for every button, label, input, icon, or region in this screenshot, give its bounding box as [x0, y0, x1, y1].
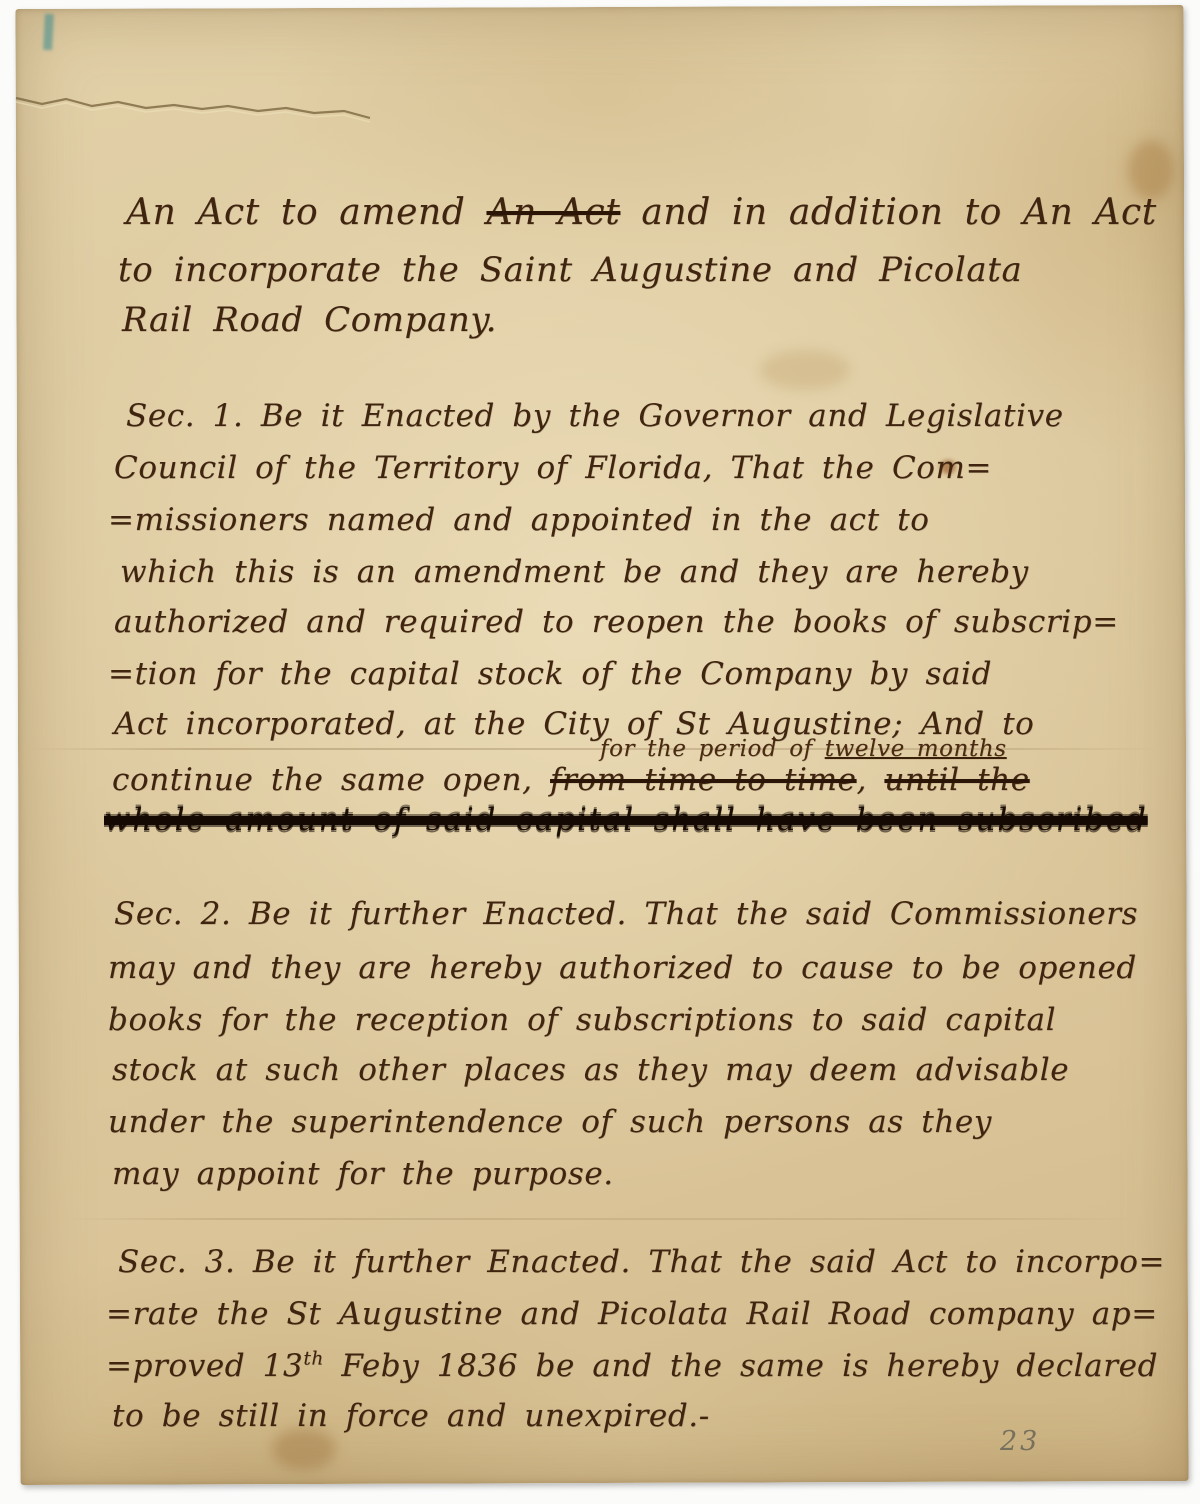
manuscript-line: may appoint for the purpose. — [112, 1156, 614, 1192]
manuscript-line: books for the reception of subscriptions… — [108, 1002, 1056, 1038]
manuscript-line: =missioners named and appointed in the a… — [108, 502, 929, 538]
manuscript-text-layer: An Act to amend An Act and in addition t… — [0, 0, 1200, 1504]
text-segment: , — [857, 762, 885, 798]
manuscript-line: to be still in force and unexpired.- — [112, 1398, 710, 1434]
text-segment: continue the same open, — [112, 762, 550, 798]
text-segment: authorized and required to reopen the bo… — [114, 604, 1119, 640]
text-segment: Council of the Territory of Florida, Tha… — [114, 450, 992, 486]
manuscript-line-deleted: whole amount of said capital shall have … — [104, 802, 1148, 838]
text-segment-struck: whole amount of said capital shall have … — [104, 802, 1148, 838]
text-segment: may appoint for the purpose. — [112, 1156, 614, 1192]
text-segment: =rate the St Augustine and Picolata Rail… — [106, 1296, 1158, 1332]
text-segment: to be still in force and unexpired.- — [112, 1398, 710, 1434]
text-segment: Sec. 2. Be it further Enacted. That the … — [114, 896, 1138, 932]
manuscript-line: stock at such other places as they may d… — [112, 1052, 1069, 1088]
manuscript-line: may and they are hereby authorized to ca… — [108, 950, 1137, 986]
text-segment: to incorporate the Saint Augustine and P… — [118, 250, 1022, 290]
manuscript-line: which this is an amendment be and they a… — [120, 554, 1029, 590]
manuscript-line: under the superintendence of such person… — [108, 1104, 992, 1140]
text-segment: may and they are hereby authorized to ca… — [108, 950, 1137, 986]
interlined-insertion: for the period of twelve months — [600, 736, 1007, 762]
text-segment: Sec. 1. Be it Enacted by the Governor an… — [126, 398, 1064, 434]
manuscript-line: continue the same open, from time to tim… — [112, 762, 1030, 798]
title-line: An Act to amend An Act and in addition t… — [126, 192, 1157, 233]
text-segment: Feby 1836 be and the same is hereby decl… — [324, 1348, 1158, 1384]
manuscript-line: Sec. 3. Be it further Enacted. That the … — [118, 1244, 1165, 1280]
title-line: Rail Road Company. — [122, 300, 497, 340]
manuscript-line: =proved 13th Feby 1836 be and the same i… — [106, 1348, 1158, 1384]
manuscript-line: Sec. 1. Be it Enacted by the Governor an… — [126, 398, 1064, 434]
text-segment: books for the reception of subscriptions… — [108, 1002, 1056, 1038]
text-segment: =tion for the capital stock of the Compa… — [108, 656, 992, 692]
text-segment-struck: until the — [884, 762, 1029, 798]
text-segment: =proved 13 — [106, 1348, 303, 1384]
text-segment: =missioners named and appointed in the a… — [108, 502, 929, 538]
text-segment: An Act to amend — [126, 192, 486, 233]
page-number: 23 — [1000, 1426, 1040, 1457]
text-segment: stock at such other places as they may d… — [112, 1052, 1069, 1088]
title-line: to incorporate the Saint Augustine and P… — [118, 250, 1022, 290]
text-segment: under the superintendence of such person… — [108, 1104, 992, 1140]
text-segment: for the period of — [600, 736, 825, 762]
text-segment-struck: An Act — [486, 192, 620, 233]
text-segment: which this is an amendment be and they a… — [120, 554, 1029, 590]
text-segment: and in addition to An Act — [620, 192, 1157, 233]
text-segment: th — [303, 1349, 324, 1370]
text-segment: twelve months — [825, 736, 1007, 762]
text-segment: Sec. 3. Be it further Enacted. That the … — [118, 1244, 1165, 1280]
manuscript-line: authorized and required to reopen the bo… — [114, 604, 1119, 640]
manuscript-line: =tion for the capital stock of the Compa… — [108, 656, 992, 692]
manuscript-line: Sec. 2. Be it further Enacted. That the … — [114, 896, 1138, 932]
manuscript-line: Council of the Territory of Florida, Tha… — [114, 450, 992, 486]
text-segment: Rail Road Company. — [122, 300, 497, 340]
manuscript-line: =rate the St Augustine and Picolata Rail… — [106, 1296, 1158, 1332]
photo-background: { "page": { "description": "Handwritten … — [0, 0, 1200, 1504]
text-segment-struck: from time to time — [550, 762, 856, 798]
